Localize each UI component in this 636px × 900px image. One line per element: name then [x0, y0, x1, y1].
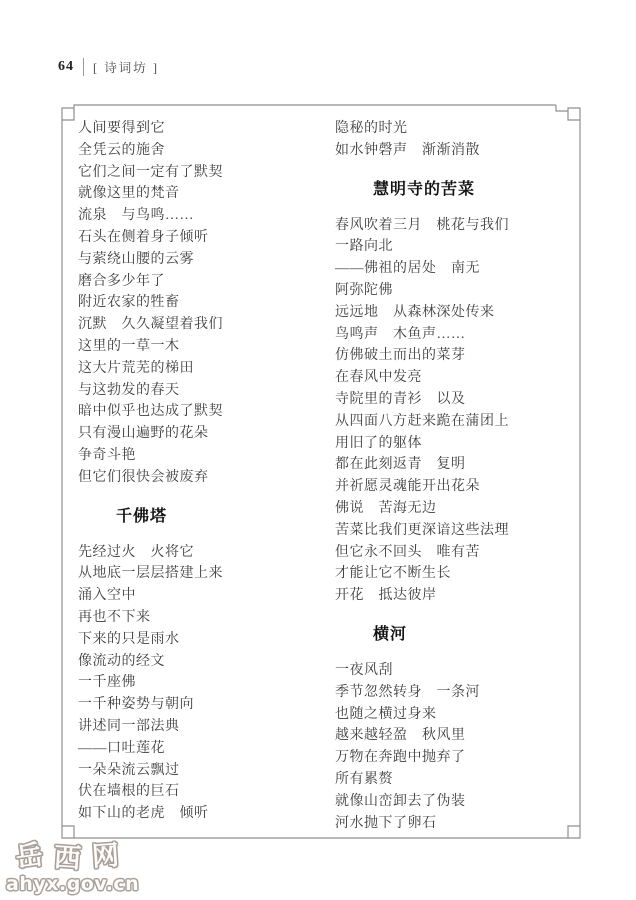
watermark-char: 岳 [14, 840, 45, 873]
poem-line: 讲述同一部法典 [78, 716, 330, 738]
poem-line: ——佛祖的居处 南无 [335, 258, 587, 280]
poem-line: 但它们很快会被废弃 [78, 467, 330, 489]
poem-line: 下来的只是雨水 [78, 629, 330, 651]
poem-line: 开花 抵达彼岸 [335, 585, 587, 607]
poem-column-right: 隐秘的时光如水钟磬声 渐渐消散慧明寺的苦菜春风吹着三月 桃花与我们一路向北——佛… [335, 118, 587, 834]
poem-line: 河水抛下了卵石 [335, 813, 587, 835]
poem-line: 才能让它不断生长 [335, 563, 587, 585]
running-header: 64 [ 诗词坊 ] [58, 58, 159, 76]
poem-line: 这里的一草一木 [78, 336, 330, 358]
poem-line: 苦菜比我们更深谙这些法理 [335, 520, 587, 542]
poem-line: 就像这里的梵音 [78, 183, 330, 205]
poem-line: 涌入空中 [78, 585, 330, 607]
poem-line: 在春风中发亮 [335, 367, 587, 389]
poem-line: 越来越轻盈 秋风里 [335, 725, 587, 747]
poem-line: 也随之横过身来 [335, 704, 587, 726]
poem-line: 从四面八方赶来跪在蒲团上 [335, 411, 587, 433]
poem-line: 但它永不回头 唯有苦 [335, 542, 587, 564]
section-label: [ 诗词坊 ] [93, 58, 159, 76]
poem-line: 从地底一层层搭建上来 [78, 563, 330, 585]
poem-line: 佛说 苦海无边 [335, 498, 587, 520]
poem-line: 争奇斗艳 [78, 445, 330, 467]
poem-line: 如下山的老虎 倾听 [78, 803, 330, 825]
poem-line: 这大片荒芜的梯田 [78, 358, 330, 380]
poem-line: 仿佛破土而出的菜芽 [335, 345, 587, 367]
poem-line: 它们之间一定有了默契 [78, 162, 330, 184]
poem-title: 慧明寺的苦菜 [373, 180, 587, 199]
watermark-char: 西 [53, 843, 82, 875]
poem-line: 暗中似乎也达成了默契 [78, 401, 330, 423]
poem-title: 千佛塔 [116, 507, 330, 526]
poem-line: 阿弥陀佛 [335, 280, 587, 302]
poem-line: 再也不下来 [78, 607, 330, 629]
watermark-site-name: 岳西网 [6, 842, 156, 872]
poem-line: 只有漫山遍野的花朵 [78, 423, 330, 445]
poem-line: 先经过火 火将它 [78, 542, 330, 564]
poem-line: 一路向北 [335, 236, 587, 258]
poem-line: 一夜风刮 [335, 660, 587, 682]
poem-column-left: 人间要得到它全凭云的施舍它们之间一定有了默契就像这里的梵音流泉 与鸟鸣……石头在… [78, 118, 330, 825]
poem-line: 一千座佛 [78, 672, 330, 694]
page-number: 64 [58, 59, 74, 75]
poem-line: 附近农家的牲畜 [78, 292, 330, 314]
poem-line: 沉默 久久凝望着我们 [78, 314, 330, 336]
poem-line: 磨合多少年了 [78, 271, 330, 293]
poem-line: 如水钟磬声 渐渐消散 [335, 140, 587, 162]
watermark-url: ahyx.gov.cn [6, 873, 156, 895]
poem-line: 用旧了的躯体 [335, 433, 587, 455]
poem-line: 季节忽然转身 一条河 [335, 682, 587, 704]
poem-line: 就像山峦卸去了伪装 [335, 791, 587, 813]
poem-line: 流泉 与鸟鸣…… [78, 205, 330, 227]
poem-line: 寺院里的青衫 以及 [335, 389, 587, 411]
poem-line: 鸟鸣声 木鱼声…… [335, 324, 587, 346]
poem-line: 伏在墙根的巨石 [78, 781, 330, 803]
poem-title: 横河 [373, 625, 587, 644]
poem-line: 都在此刻返青 复明 [335, 454, 587, 476]
poem-line: 一朵朵流云飘过 [78, 760, 330, 782]
poem-line: 一千种姿势与朝向 [78, 694, 330, 716]
poem-line: 远远地 从森林深处传来 [335, 302, 587, 324]
poem-line: ——口吐莲花 [78, 738, 330, 760]
header-divider [83, 58, 84, 76]
poem-line: 像流动的经文 [78, 651, 330, 673]
poem-line: 石头在侧着身子倾听 [78, 227, 330, 249]
poem-line: 与萦绕山腰的云雾 [78, 249, 330, 271]
watermark: 岳西网 ahyx.gov.cn [6, 842, 156, 895]
watermark-char: 网 [91, 841, 120, 873]
poem-line: 春风吹着三月 桃花与我们 [335, 215, 587, 237]
poem-line: 人间要得到它 [78, 118, 330, 140]
poem-line: 并祈愿灵魂能开出花朵 [335, 476, 587, 498]
poem-line: 与这勃发的春天 [78, 380, 330, 402]
poem-line: 万物在奔跑中抛弃了 [335, 747, 587, 769]
poem-line: 全凭云的施舍 [78, 140, 330, 162]
magazine-page: 64 [ 诗词坊 ] 人间要得到它全凭云的施舍它们之间一定有了默契就像这里的梵音… [0, 0, 636, 900]
poem-line: 所有累赘 [335, 769, 587, 791]
poem-line: 隐秘的时光 [335, 118, 587, 140]
